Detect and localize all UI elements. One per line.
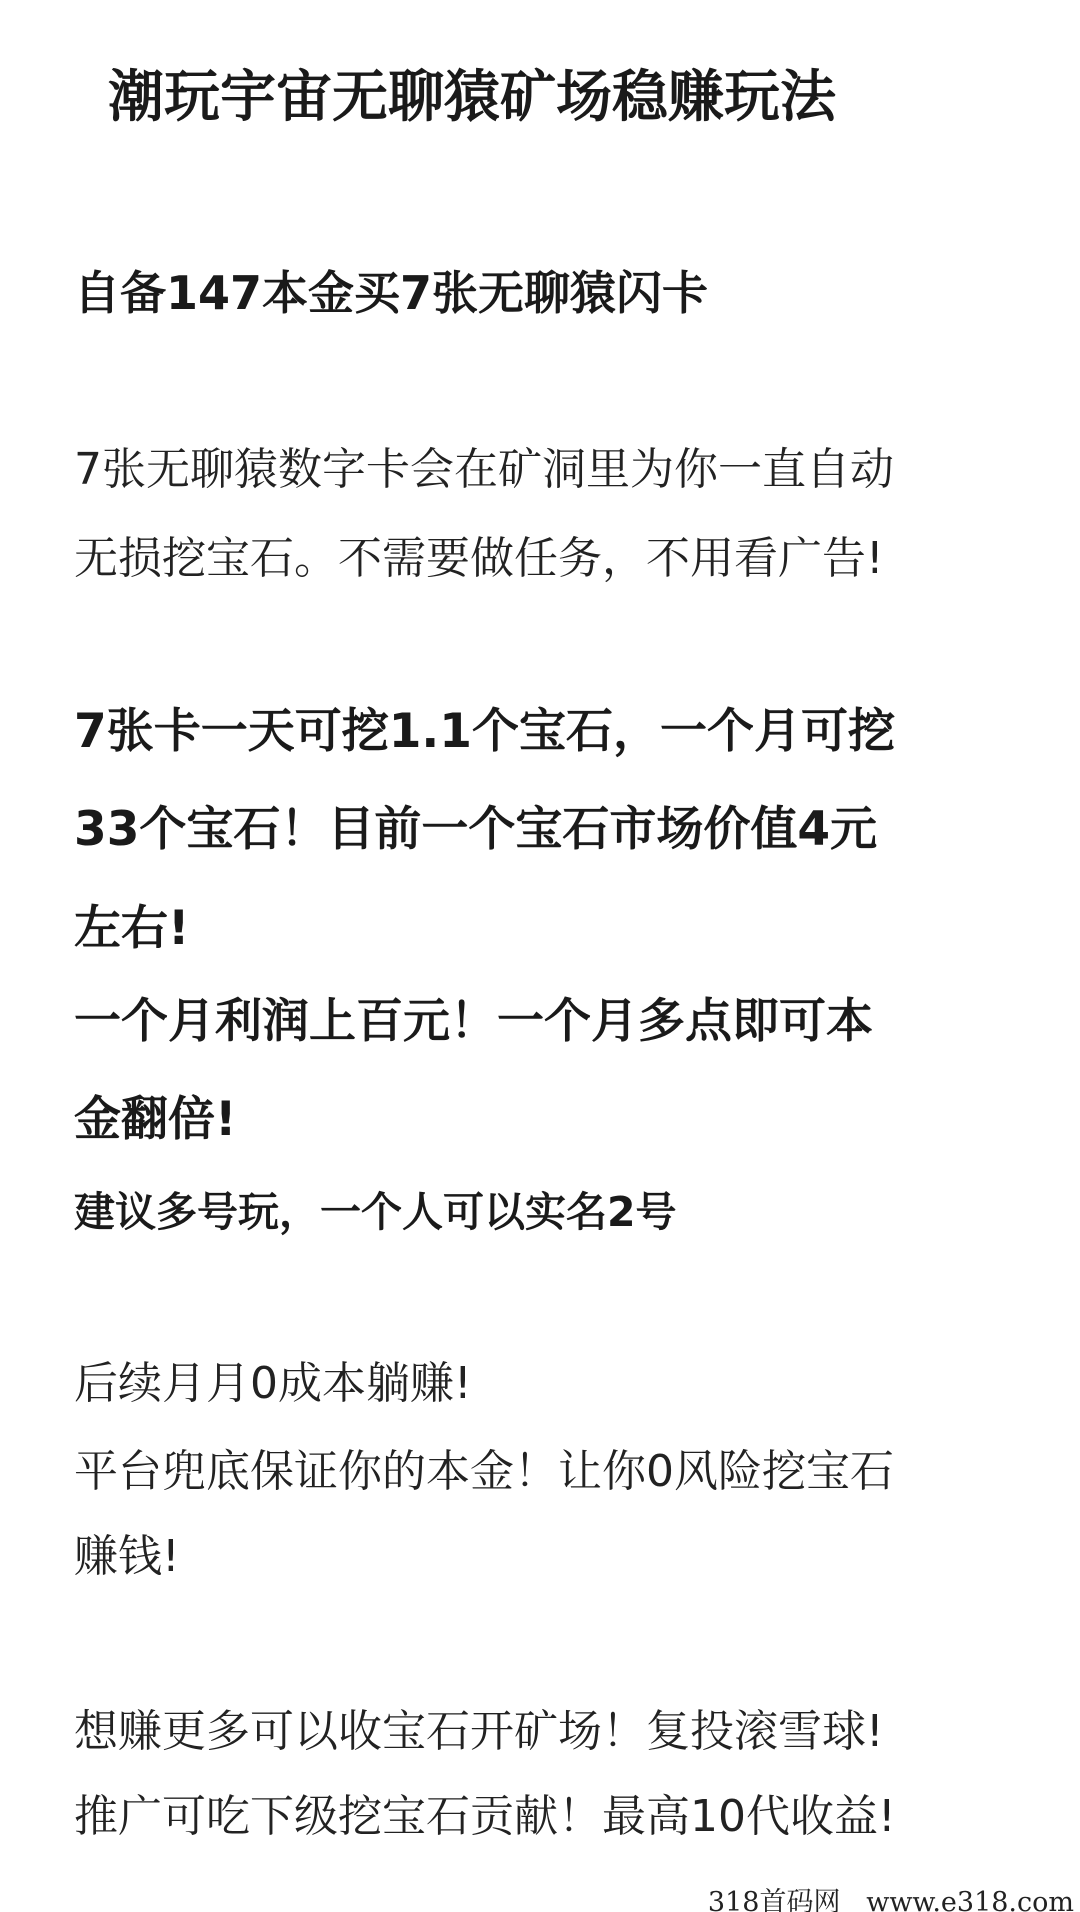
highlight-line: 一个月利润上百元！一个月多点即可本: [74, 998, 873, 1045]
highlight-line: 左右!: [74, 905, 189, 952]
watermark: 318首码网 www.e318.com: [708, 1880, 1074, 1912]
benefit-line: 平台兜底保证你的本金！让你0风险挖宝石: [74, 1450, 894, 1494]
intro-line: 无损挖宝石。不需要做任务，不用看广告!: [74, 537, 884, 581]
section-heading: 自备147本金买7张无聊猿闪卡: [74, 270, 708, 316]
benefit-line: 后续月月0成本躺赚!: [74, 1362, 472, 1406]
highlight-line: 7张卡一天可挖1.1个宝石，一个月可挖: [74, 708, 895, 755]
highlight-line: 33个宝石！目前一个宝石市场价值4元: [74, 806, 877, 853]
more-line: 推广可吃下级挖宝石贡献！最高10代收益!: [74, 1795, 896, 1839]
highlight-line: 金翻倍!: [74, 1096, 236, 1143]
suggestion-text: 建议多号玩，一个人可以实名2号: [74, 1192, 677, 1233]
benefit-line: 赚钱!: [74, 1535, 180, 1579]
page-title: 潮玩宇宙无聊猿矿场稳赚玩法: [108, 70, 836, 126]
more-line: 想赚更多可以收宝石开矿场！复投滚雪球!: [74, 1710, 884, 1754]
intro-line: 7张无聊猿数字卡会在矿洞里为你一直自动: [74, 448, 894, 492]
